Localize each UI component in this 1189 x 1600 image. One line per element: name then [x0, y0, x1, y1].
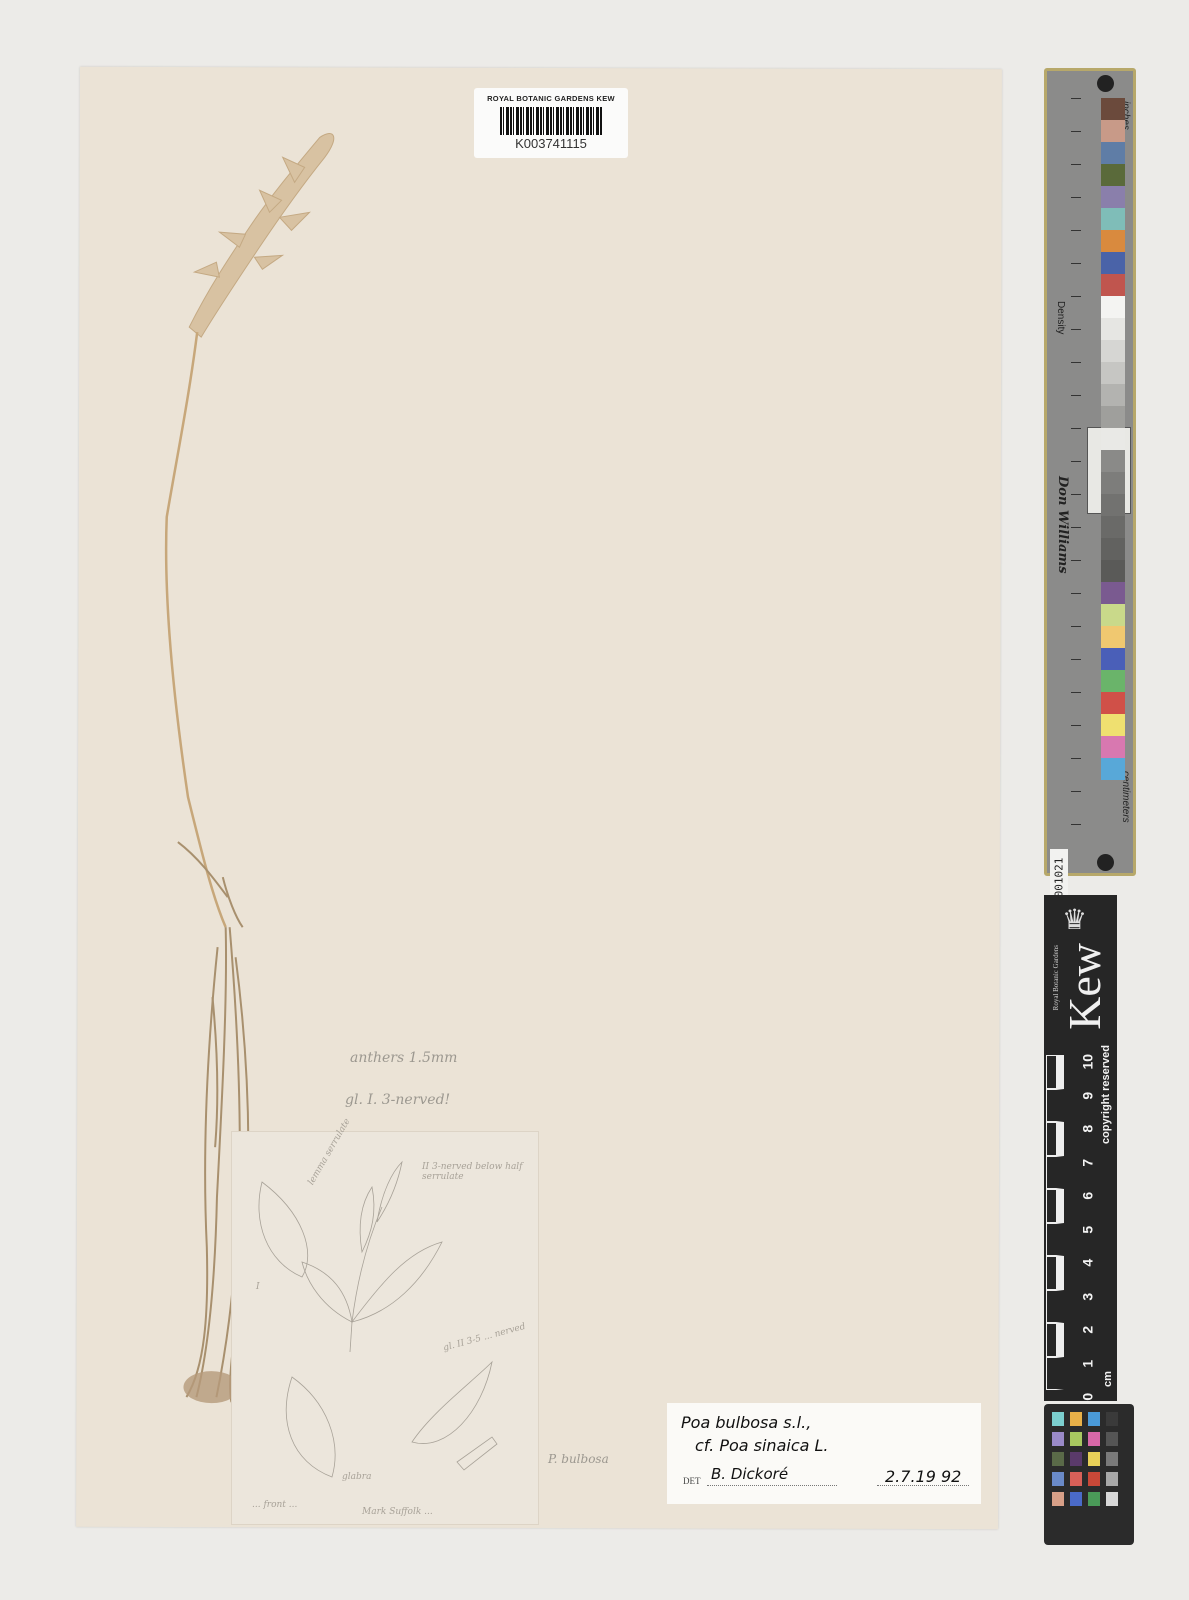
color-cell [1070, 1432, 1082, 1446]
scale-segment [1046, 1189, 1064, 1223]
scale-number: 2 [1071, 1320, 1105, 1340]
color-cell [1070, 1472, 1082, 1486]
color-cell [1088, 1412, 1100, 1426]
scale-segment [1046, 1323, 1064, 1357]
color-swatch [1101, 296, 1125, 318]
color-swatch [1101, 692, 1125, 714]
color-cell [1106, 1472, 1118, 1486]
color-cell [1052, 1432, 1064, 1446]
color-cell [1106, 1432, 1118, 1446]
mini-color-grid [1052, 1412, 1118, 1506]
color-cell [1052, 1412, 1064, 1426]
color-cell [1088, 1432, 1100, 1446]
scale-segment [1046, 1256, 1064, 1290]
color-cell [1106, 1412, 1118, 1426]
color-swatch [1101, 274, 1125, 296]
ruler-ticks [1071, 98, 1081, 838]
color-swatch [1101, 340, 1125, 362]
herbarium-sheet [76, 67, 1002, 1529]
color-swatch [1101, 538, 1125, 560]
color-cell [1088, 1452, 1100, 1466]
cm-unit-label: cm [1102, 1371, 1114, 1387]
royal-crest-icon: ♛ [1062, 903, 1087, 936]
color-cell [1052, 1472, 1064, 1486]
color-calibration-chart: inches Density Don Williams centimeters … [1044, 68, 1136, 876]
color-swatch [1101, 252, 1125, 274]
color-swatch [1101, 604, 1125, 626]
determination-date: 2.7.19 92 [885, 1467, 961, 1486]
scale-number: 3 [1071, 1286, 1105, 1306]
color-cell [1106, 1492, 1118, 1506]
scale-segment [1046, 1055, 1064, 1089]
sketch-note-i: I [256, 1282, 260, 1292]
color-cell [1070, 1492, 1082, 1506]
color-cell [1070, 1412, 1082, 1426]
scale-segment [1046, 1122, 1064, 1156]
determination-label: Poa bulbosa s.l., cf. Poa sinaica L. DET… [667, 1403, 981, 1504]
color-swatch [1101, 318, 1125, 340]
mini-color-checker [1044, 1404, 1134, 1545]
color-swatch [1101, 384, 1125, 406]
color-cell [1088, 1492, 1100, 1506]
color-swatch [1101, 714, 1125, 736]
chart-hole-icon [1097, 75, 1114, 92]
scale-number: 5 [1071, 1219, 1105, 1239]
determiner-dotted-line [707, 1485, 837, 1486]
copyright-text: copyright reserved [1100, 1045, 1112, 1144]
color-swatch [1101, 516, 1125, 538]
color-swatch [1101, 406, 1125, 428]
scale-segment [1046, 1223, 1064, 1257]
institution-barcode-label: ROYAL BOTANIC GARDENS KEW K003741115 [474, 88, 628, 158]
scale-segment [1046, 1156, 1064, 1190]
density-label: Density [1055, 301, 1066, 334]
cm-scale [1046, 1055, 1064, 1390]
spikelet-sketch-icon [232, 1132, 538, 1524]
scale-number: 1 [1071, 1353, 1105, 1373]
scale-number: 7 [1071, 1152, 1105, 1172]
kew-logo: Kew [1062, 943, 1108, 1030]
sketch-note-bottom-left: ... front ... [252, 1500, 297, 1510]
color-swatch [1101, 736, 1125, 758]
color-swatch [1101, 670, 1125, 692]
institution-name: ROYAL BOTANIC GARDENS KEW [474, 94, 628, 103]
color-swatch [1101, 450, 1125, 472]
color-swatch [1101, 560, 1125, 582]
sketch-note-glabra: glabra [342, 1472, 371, 1482]
color-swatch [1101, 186, 1125, 208]
sketch-note-top-right: II 3-nerved below half serrulate [422, 1162, 532, 1182]
color-cell [1088, 1472, 1100, 1486]
scale-segment [1046, 1290, 1064, 1324]
color-swatch [1101, 582, 1125, 604]
barcode-number: K003741115 [474, 136, 628, 151]
color-swatch [1101, 626, 1125, 648]
color-swatch [1101, 230, 1125, 252]
color-swatch [1101, 98, 1125, 120]
color-swatch [1101, 164, 1125, 186]
color-cell [1052, 1452, 1064, 1466]
color-swatch [1101, 494, 1125, 516]
det-prefix: DET [683, 1476, 701, 1486]
chart-hole-icon [1097, 854, 1114, 871]
color-swatch [1101, 428, 1125, 450]
scale-segment [1046, 1089, 1064, 1123]
color-swatch [1101, 208, 1125, 230]
color-swatch [1101, 758, 1125, 780]
taxon-name-line1: Poa bulbosa s.l., [681, 1413, 811, 1432]
color-cell [1070, 1452, 1082, 1466]
color-swatch [1101, 472, 1125, 494]
pencil-sketch-sheet: I lemma serrulate II 3-nerved below half… [231, 1131, 539, 1525]
taxon-name-line2: cf. Poa sinaica L. [695, 1436, 829, 1455]
sketch-note-bottom: Mark Suffolk ... [362, 1507, 433, 1517]
kew-scale-bar: ♛ Royal Botanic Gardens Kew 109876543210… [1044, 895, 1117, 1401]
scale-number: 6 [1071, 1186, 1105, 1206]
color-swatch-column [1101, 98, 1125, 780]
color-cell [1106, 1452, 1118, 1466]
cm-scale-numbers: 109876543210 [1078, 1045, 1098, 1414]
color-swatch [1101, 362, 1125, 384]
color-swatch [1101, 142, 1125, 164]
date-dotted-line [877, 1485, 969, 1486]
barcode-icon [500, 107, 602, 135]
pencil-note-anthers: anthers 1.5mm [350, 1050, 457, 1066]
determiner-name: B. Dickoré [711, 1465, 788, 1483]
scale-number: 4 [1071, 1253, 1105, 1273]
color-cell [1052, 1492, 1064, 1506]
pencil-note-margin: P. bulbosa [548, 1452, 609, 1466]
chart-brand: Don Williams [1055, 476, 1070, 574]
color-swatch [1101, 648, 1125, 670]
color-swatch [1101, 120, 1125, 142]
scale-segment [1046, 1357, 1064, 1391]
pencil-note-glume: gl. I. 3-nerved! [345, 1092, 450, 1108]
